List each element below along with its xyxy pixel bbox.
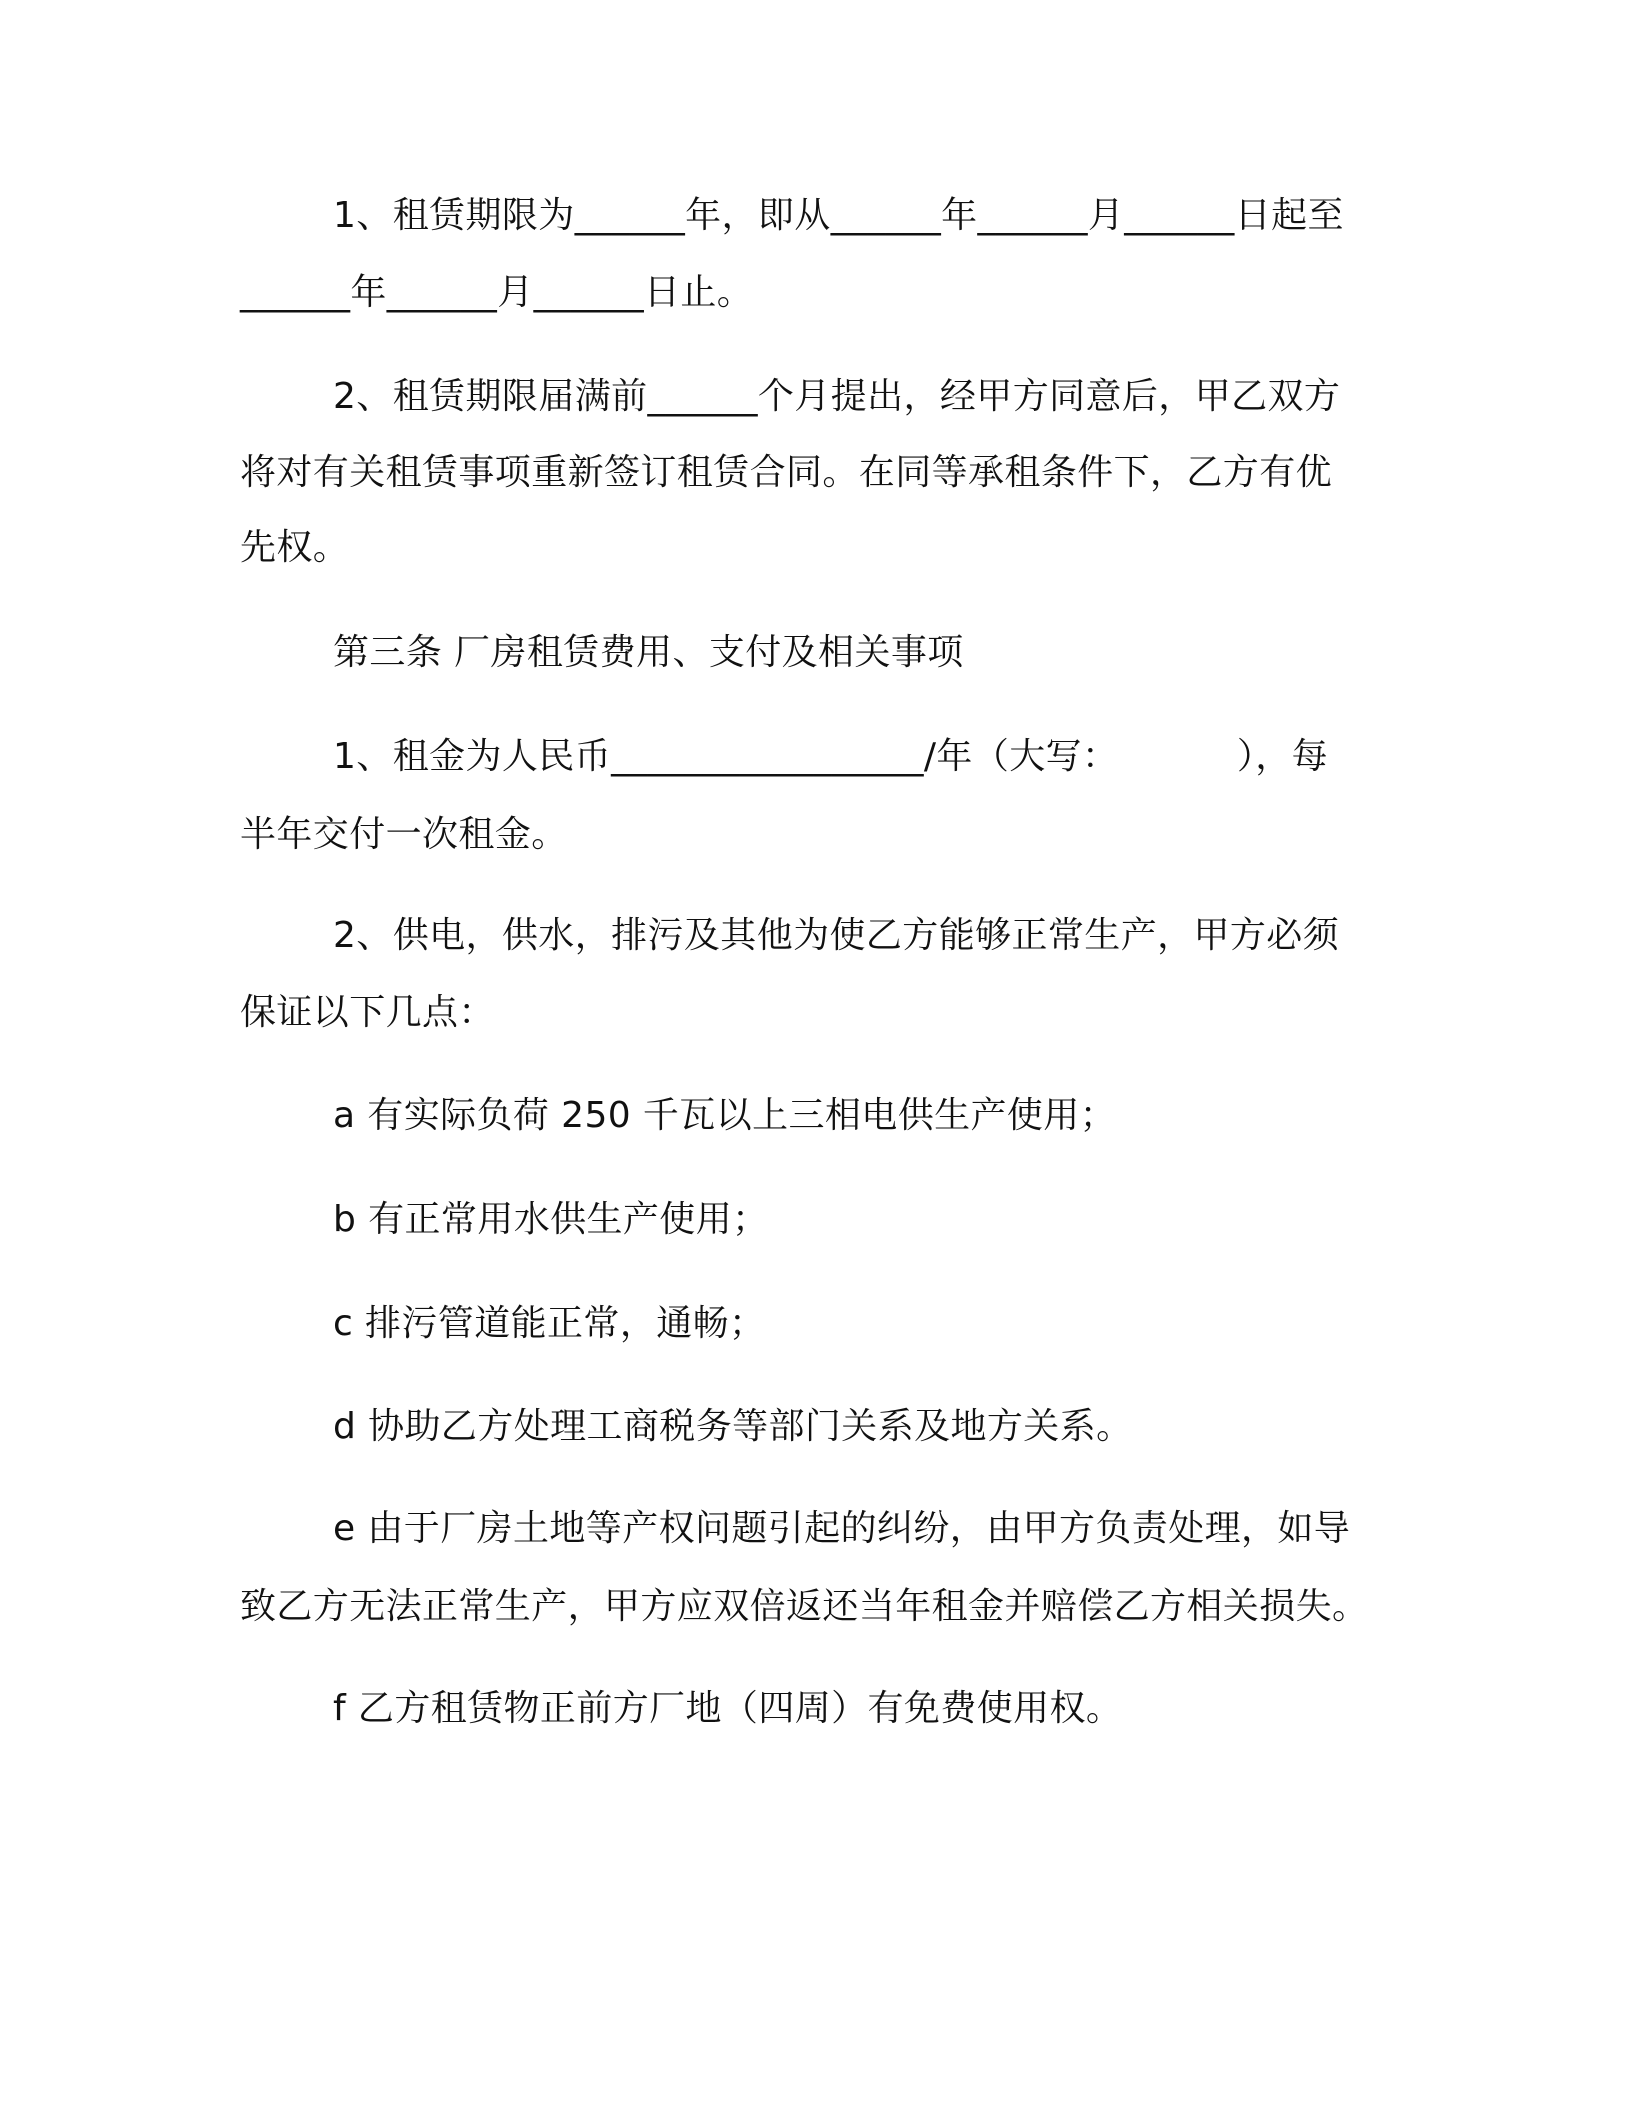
item-e-line-2: 致乙方无法正常生产，甲方应双倍返还当年租金并赔偿乙方相关损失。	[240, 1585, 1368, 1629]
renewal-line-2: 将对有关租赁事项重新签订租赁合同。在同等承租条件下，乙方有优	[240, 451, 1332, 495]
utilities-line-2: 保证以下几点：	[240, 991, 495, 1035]
lease-term-line-2: ______年______月______日止。	[240, 271, 753, 315]
item-e-line-1: e 由于厂房土地等产权问题引起的纠纷，由甲方负责处理，如导	[333, 1507, 1350, 1551]
article-three-heading: 第三条 厂房租赁费用、支付及相关事项	[333, 631, 964, 675]
renewal-line-3: 先权。	[240, 526, 349, 570]
lease-term-line-1: 1、租赁期限为______年，即从______年______月______日起至	[333, 194, 1344, 238]
item-d: d 协助乙方处理工商税务等部门关系及地方关系。	[333, 1405, 1133, 1449]
rent-line-2: 半年交付一次租金。	[240, 813, 568, 857]
item-a: a 有实际负荷 250 千瓦以上三相电供生产使用；	[333, 1094, 1116, 1138]
utilities-line-1: 2、供电，供水，排污及其他为使乙方能够正常生产，甲方必须	[333, 914, 1339, 958]
item-f: f 乙方租赁物正前方厂地（四周）有免费使用权。	[333, 1687, 1122, 1731]
item-b: b 有正常用水供生产使用；	[333, 1198, 769, 1242]
rent-line-1: 1、租金为人民币_________________/年（大写： ），每	[333, 735, 1328, 779]
renewal-line-1: 2、租赁期限届满前______个月提出，经甲方同意后，甲乙双方	[333, 375, 1340, 419]
item-c: c 排污管道能正常，通畅；	[333, 1302, 765, 1346]
